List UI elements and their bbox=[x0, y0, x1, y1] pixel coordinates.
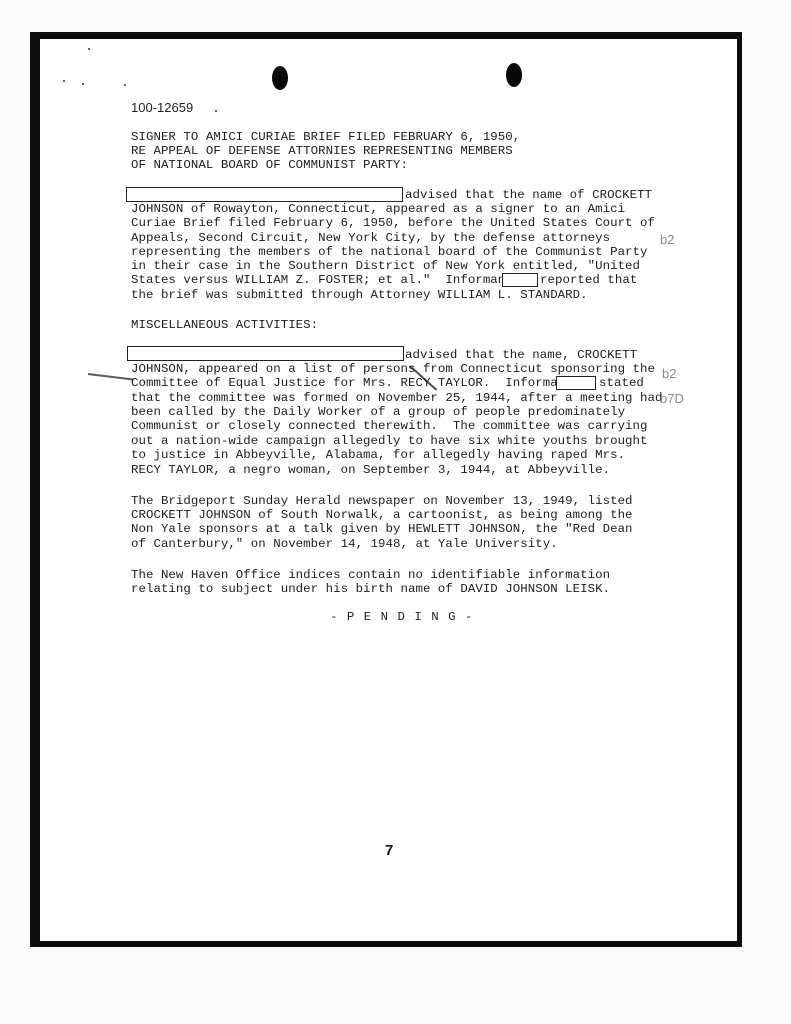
paragraph-text: States versus WILLIAM Z. FOSTER; et al."… bbox=[131, 273, 513, 287]
paragraph-text: Curiae Brief filed February 6, 1950, bef… bbox=[131, 216, 655, 230]
paragraph-text: JOHNSON of Rowayton, Connecticut, appear… bbox=[131, 202, 625, 216]
paragraph-text: relating to subject under his birth name… bbox=[131, 582, 610, 596]
paragraph-text: Appeals, Second Circuit, New York City, … bbox=[131, 231, 610, 245]
paragraph-text: of Canterbury," on November 14, 1948, at… bbox=[131, 537, 558, 551]
paragraph-text: reported that bbox=[540, 273, 637, 287]
paragraph-text: Communist or closely connected therewith… bbox=[131, 419, 648, 433]
paragraph-text: The Bridgeport Sunday Herald newspaper o… bbox=[131, 494, 633, 508]
paragraph-text: stated bbox=[599, 376, 644, 390]
page-number: 7 bbox=[385, 842, 393, 859]
paragraph-text: in their case in the Southern District o… bbox=[131, 259, 640, 273]
file-number: 100-12659 bbox=[131, 100, 193, 115]
redaction-box bbox=[502, 273, 538, 287]
scan-speck bbox=[63, 80, 65, 82]
scan-speck bbox=[124, 84, 126, 86]
heading-line: OF NATIONAL BOARD OF COMMUNIST PARTY: bbox=[131, 158, 408, 172]
paragraph-text: been called by the Daily Worker of a gro… bbox=[131, 405, 625, 419]
paragraph-text: out a nation-wide campaign allegedly to … bbox=[131, 434, 648, 448]
redaction-box bbox=[556, 376, 596, 390]
paragraph-text: Committee of Equal Justice for Mrs. RECY… bbox=[131, 376, 573, 390]
paragraph-text: CROCKETT JOHNSON of South Norwalk, a car… bbox=[131, 508, 633, 522]
paragraph-text: to justice in Abbeyville, Alabama, for a… bbox=[131, 448, 625, 462]
section-heading: MISCELLANEOUS ACTIVITIES: bbox=[131, 318, 318, 332]
redaction-box bbox=[127, 346, 404, 361]
paragraph-text: Non Yale sponsors at a talk given by HEW… bbox=[131, 522, 633, 536]
scan-speck bbox=[82, 83, 84, 85]
paragraph-text: JOHNSON, appeared on a list of persons f… bbox=[131, 362, 655, 376]
heading-line: SIGNER TO AMICI CURIAE BRIEF FILED FEBRU… bbox=[131, 130, 520, 144]
scan-speck bbox=[215, 110, 217, 112]
paragraph-text: advised that the name of CROCKETT bbox=[405, 188, 652, 202]
exemption-code: b7D bbox=[660, 391, 684, 406]
punch-hole-icon bbox=[506, 63, 522, 87]
punch-hole-icon bbox=[272, 66, 288, 90]
redaction-box bbox=[126, 187, 403, 202]
paragraph-text: representing the members of the national… bbox=[131, 245, 648, 259]
scan-speck bbox=[88, 48, 90, 50]
status-pending: - P E N D I N G - bbox=[330, 610, 473, 624]
paragraph-text: RECY TAYLOR, a negro woman, on September… bbox=[131, 463, 610, 477]
paragraph-text: the brief was submitted through Attorney… bbox=[131, 288, 588, 302]
document-page bbox=[40, 39, 737, 941]
paragraph-text: that the committee was formed on Novembe… bbox=[131, 391, 662, 405]
paragraph-text: The New Haven Office indices contain no … bbox=[131, 568, 610, 582]
heading-line: RE APPEAL OF DEFENSE ATTORNIES REPRESENT… bbox=[131, 144, 513, 158]
exemption-code: b2 bbox=[660, 232, 674, 247]
paragraph-text: advised that the name, CROCKETT bbox=[405, 348, 637, 362]
exemption-code: b2 bbox=[662, 366, 676, 381]
